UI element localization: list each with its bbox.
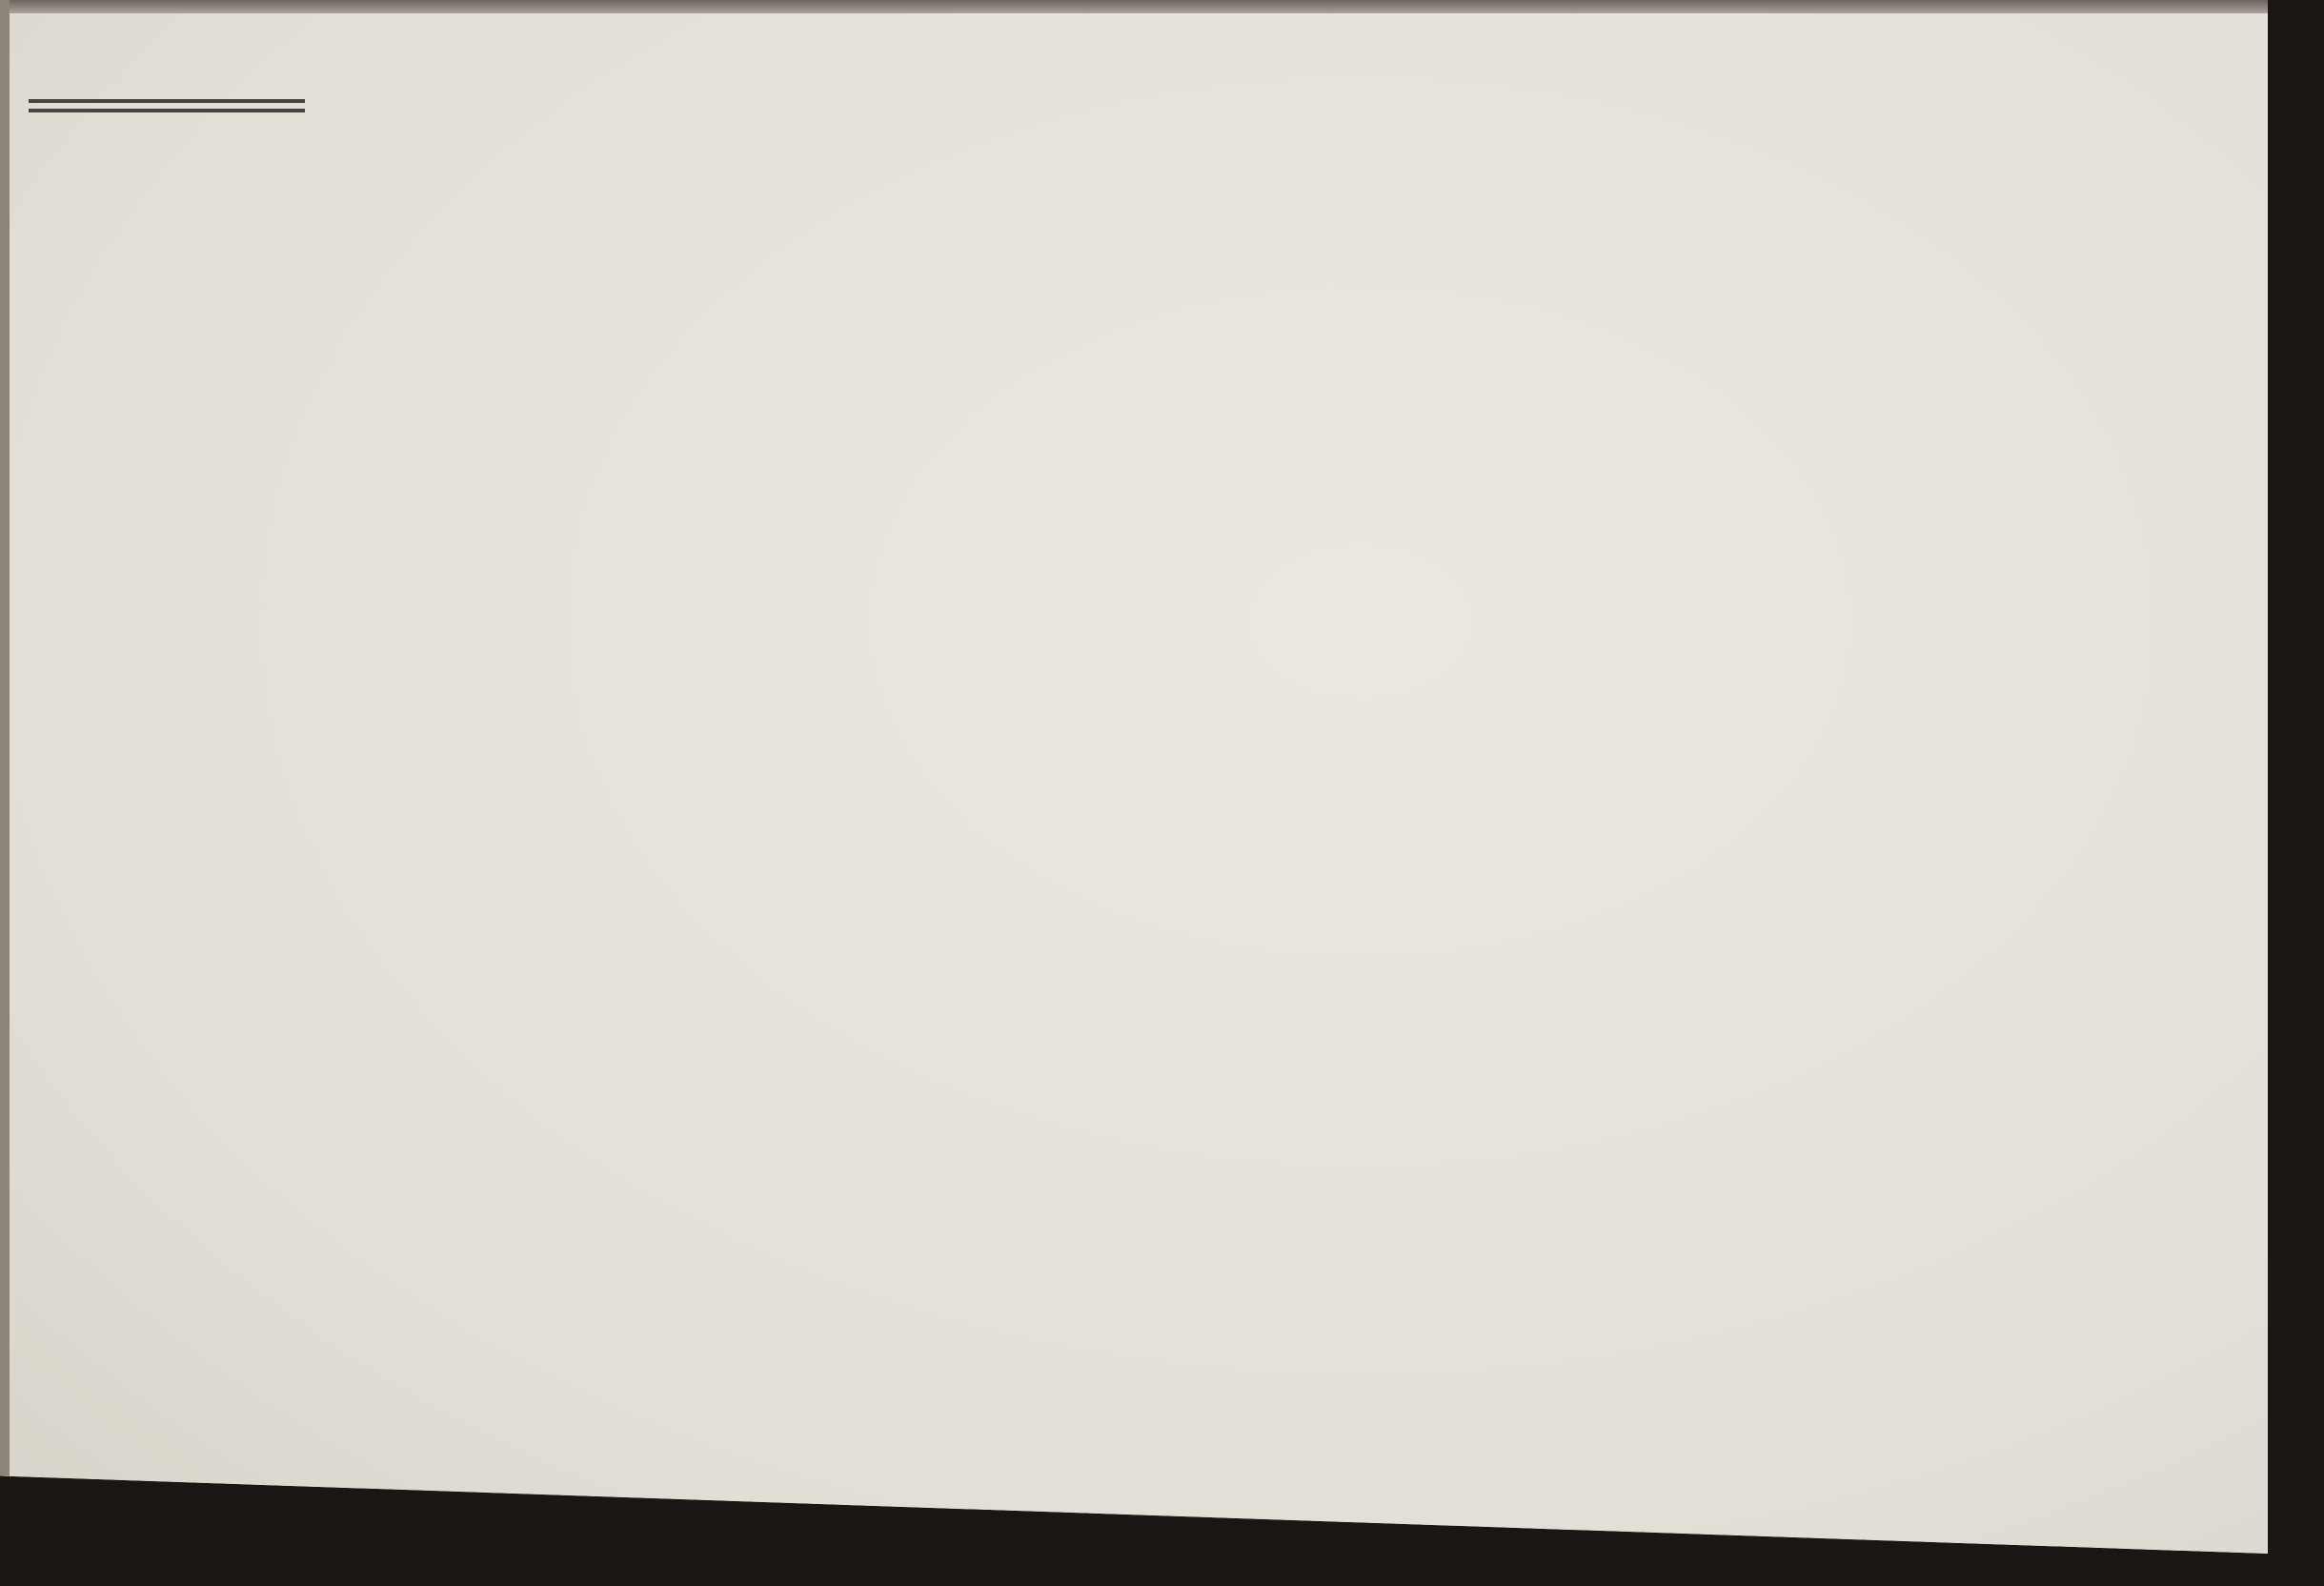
book-top-edge [0, 0, 2324, 13]
book-gutter [0, 0, 10, 1525]
document-page [0, 0, 2268, 1554]
